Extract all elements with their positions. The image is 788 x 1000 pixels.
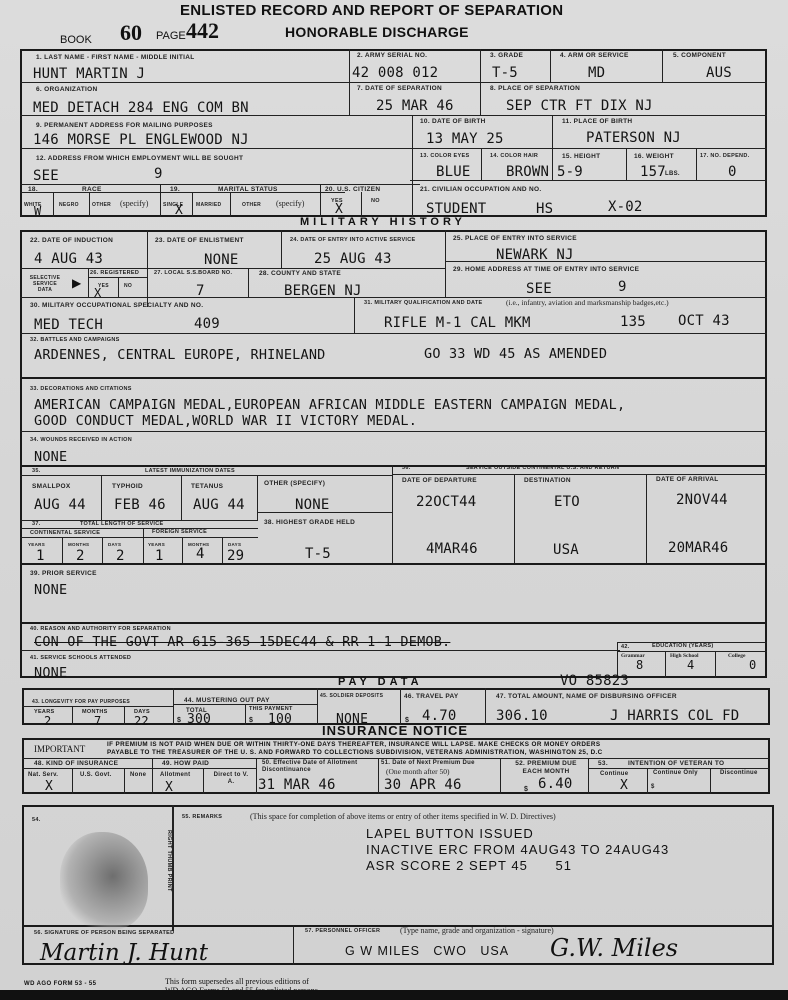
field-44-label: 44. MUSTERING OUT PAY — [184, 697, 270, 704]
insurance-notice-line1: IF PREMIUM IS NOT PAID WHEN DUE OR WITHI… — [107, 741, 600, 748]
field-12-value: SEE — [33, 168, 59, 184]
premium-currency: $ — [524, 786, 528, 793]
field-56-label: 56. SIGNATURE OF PERSON BEING SEPARATED — [34, 930, 174, 936]
field-31-date: OCT 43 — [678, 313, 730, 329]
field-12-label: 12. ADDRESS FROM WHICH EMPLOYMENT WILL B… — [36, 155, 243, 162]
destination-2: USA — [553, 542, 579, 558]
field-10-birth-date: 13 MAY 25 — [426, 131, 504, 147]
field-25-entry-place: NEWARK NJ — [496, 247, 574, 263]
other-immunization-value: NONE — [295, 497, 330, 513]
field-16-weight: 157 — [640, 164, 666, 180]
form-id: WD AGO FORM 53 - 55 — [24, 981, 96, 987]
field-19-label: 19. — [170, 186, 180, 193]
field-15-height: 5-9 — [557, 164, 583, 180]
field-50-label: 50. Effective Date of Allotment Disconti… — [262, 760, 362, 774]
insurance-notice-title: INSURANCE NOTICE — [322, 723, 468, 738]
field-43-label: 43. LONGEVITY FOR PAY PURPOSES — [32, 699, 130, 705]
continental-service-label: CONTINENTAL SERVICE — [30, 530, 100, 536]
foreign-years: 1 — [155, 548, 164, 564]
registered-mark: X — [94, 286, 101, 300]
field-16-unit: LBS. — [665, 171, 680, 177]
field-40-reason: CON OF THE GOVT AR 615-365 15DEC44 & RR … — [34, 634, 450, 650]
field-53-title: INTENTION OF VETERAN TO — [628, 760, 724, 767]
thumb-print-label: RIGHT THUMB PRINT — [166, 830, 172, 892]
intention-discontinue-option: Discontinue — [720, 770, 758, 776]
field-39-label: 39. PRIOR SERVICE — [30, 570, 97, 577]
how-paid-direct-option: Direct to V. A. — [213, 772, 249, 786]
selective-service-label: SELECTIVE SERVICE DATA — [28, 275, 62, 293]
intention-continue-only-currency: $ — [651, 784, 655, 790]
field-21-occupation: STUDENT — [426, 201, 486, 217]
field-28-label: 28. COUNTY AND STATE — [259, 270, 341, 277]
field-2-label: 2. ARMY SERIAL NO. — [357, 52, 427, 59]
field-1-label: 1. LAST NAME - FIRST NAME - MIDDLE INITI… — [36, 54, 194, 61]
field-24-label: 24. DATE OF ENTRY INTO ACTIVE SERVICE — [290, 237, 416, 243]
destination-1: ETO — [554, 494, 580, 510]
field-13-eyes: BLUE — [436, 164, 471, 180]
field-4-arm: MD — [588, 65, 605, 81]
departure-header: DATE OF DEPARTURE — [402, 477, 477, 484]
departure-1: 22OCT44 — [416, 494, 476, 510]
voucher-number: VO 85823 — [560, 673, 629, 689]
continental-months: 2 — [76, 548, 85, 564]
field-40-label: 40. REASON AND AUTHORITY FOR SEPARATION — [30, 626, 171, 632]
typhoid-label: TYPHOID — [112, 483, 143, 490]
field-21-code-a: HS — [536, 201, 553, 217]
field-27-label: 27. LOCAL S.S.BOARD NO. — [154, 270, 232, 276]
pay-data-title: PAY DATA — [338, 676, 423, 688]
continental-days-label: DAYS — [108, 542, 121, 547]
field-32-battles: ARDENNES, CENTRAL EUROPE, RHINELAND — [34, 347, 325, 363]
departure-2: 4MAR46 — [426, 541, 478, 557]
race-mark: W — [34, 204, 41, 218]
remark-line-1: LAPEL BUTTON ISSUED — [366, 826, 534, 841]
field-12-ref: 9 — [154, 166, 163, 182]
foreign-service-label: FOREIGN SERVICE — [152, 529, 207, 535]
grammar-years: 8 — [636, 658, 643, 672]
field-2-serial: 42 008 012 — [352, 65, 438, 81]
field-32-label: 32. BATTLES AND CAMPAIGNS — [30, 337, 120, 343]
smallpox-date: AUG 44 — [34, 497, 86, 513]
discharge-document: ENLISTED RECORD AND REPORT OF SEPARATION… — [0, 0, 788, 1000]
field-55-label: 55. REMARKS — [182, 814, 222, 820]
longevity-years: 2 — [44, 714, 51, 728]
field-9-address: 146 MORSE PL ENGLEWOOD NJ — [33, 132, 249, 148]
field-34-wounds: NONE — [34, 449, 67, 465]
scan-edge-shadow — [0, 990, 788, 1000]
tetanus-date: AUG 44 — [193, 497, 245, 513]
field-22-label: 22. DATE OF INDUCTION — [30, 237, 113, 244]
field-13-label: 13. COLOR EYES — [420, 153, 469, 159]
document-title: ENLISTED RECORD AND REPORT OF SEPARATION — [180, 2, 563, 19]
disbursing-officer: J HARRIS COL FD — [610, 708, 739, 724]
field-33-line2: GOOD CONDUCT MEDAL,WORLD WAR II VICTORY … — [34, 413, 417, 429]
total-amount: 306.10 — [496, 708, 548, 724]
longevity-days: 22 — [134, 714, 149, 728]
foreign-years-label: YEARS — [148, 542, 165, 547]
race-negro-option: NEGRO — [59, 202, 79, 208]
smallpox-label: SMALLPOX — [32, 483, 71, 490]
thumbprint-image — [60, 832, 148, 930]
field-38-label: 38. HIGHEST GRADE HELD — [264, 519, 355, 526]
remark-line-2: INACTIVE ERC FROM 4AUG43 TO 24AUG43 — [366, 842, 669, 857]
high-school-years: 4 — [687, 658, 694, 672]
military-history-title: MILITARY HISTORY — [300, 216, 466, 228]
field-53-label: 53. — [598, 760, 608, 767]
typhoid-date: FEB 46 — [114, 497, 166, 513]
field-1-name: HUNT MARTIN J — [33, 66, 145, 82]
citizen-mark: X — [335, 202, 343, 217]
field-49-label: 49. HOW PAID — [162, 760, 209, 767]
field-57-label: 57. PERSONNEL OFFICER — [305, 928, 380, 934]
field-18-title: RACE — [82, 186, 102, 193]
field-23-enlistment: NONE — [204, 252, 239, 268]
how-paid-allotment-option: Allotment — [160, 772, 190, 778]
arrival-2: 20MAR46 — [668, 540, 728, 556]
citizen-no-option: NO — [371, 198, 380, 204]
intention-continue-only-option: Continue Only — [653, 770, 698, 776]
field-7-label: 7. DATE OF SEPARATION — [357, 85, 442, 92]
field-55-note: (This space for completion of above item… — [250, 812, 556, 821]
tetanus-label: TETANUS — [191, 483, 223, 490]
how-paid-mark: X — [165, 780, 173, 795]
field-54-label: 54. — [32, 817, 41, 823]
field-23-label: 23. DATE OF ENLISTMENT — [155, 237, 244, 244]
field-18-label: 18. — [28, 186, 38, 193]
officer-signature: G.W. Miles — [550, 934, 678, 962]
field-9-label: 9. PERMANENT ADDRESS FOR MAILING PURPOSE… — [36, 122, 213, 129]
field-21-code-b: X-02 — [608, 199, 643, 215]
field-19-title: MARITAL STATUS — [218, 186, 278, 193]
remark-line-3: ASR SCORE 2 SEPT 45 51 — [366, 858, 572, 873]
field-41-schools: NONE — [34, 665, 67, 681]
field-11-birth-place: PATERSON NJ — [586, 130, 681, 146]
field-31-label: 31. MILITARY QUALIFICATION AND DATE — [364, 300, 482, 306]
field-51-label: 51. Date of Next Premium Due — [381, 760, 475, 766]
mustering-total: 300 — [187, 712, 211, 727]
continental-years-label: YEARS — [28, 542, 45, 547]
longevity-months: 7 — [94, 714, 101, 728]
insurance-notice-line2: PAYABLE TO THE TREASURER OF THE U. S. AN… — [107, 749, 603, 756]
continental-months-label: MONTHS — [68, 542, 89, 547]
field-30-label: 30. MILITARY OCCUPATIONAL SPECIALTY AND … — [30, 302, 203, 309]
book-label: BOOK — [60, 34, 92, 46]
field-5-component: AUS — [706, 65, 732, 81]
continental-days: 2 — [116, 548, 125, 564]
field-42-label: 42. — [621, 644, 630, 650]
next-premium-date: 30 APR 46 — [384, 777, 462, 793]
field-14-hair: BROWN — [506, 164, 549, 180]
field-17-label: 17. NO. DEPEND. — [700, 153, 749, 159]
continental-years: 1 — [36, 548, 45, 564]
field-26-label: 26. REGISTERED — [90, 270, 139, 276]
field-52-label: 52. PREMIUM DUE EACH MONTH — [506, 760, 586, 776]
race-other-option: OTHER — [92, 202, 111, 208]
field-35-title: LATEST IMMUNIZATION DATES — [145, 468, 235, 474]
field-51-note: (One month after 50) — [386, 767, 450, 776]
field-11-label: 11. PLACE OF BIRTH — [562, 118, 632, 125]
insurance-kind-mark: X — [45, 779, 53, 794]
field-10-label: 10. DATE OF BIRTH — [420, 118, 486, 125]
arrival-1: 2NOV44 — [676, 492, 728, 508]
field-22-induction: 4 AUG 43 — [34, 251, 103, 267]
mustering-total-currency: $ — [177, 717, 181, 724]
supersedes-line-1: This form supersedes all previous editio… — [165, 977, 309, 986]
foreign-days: 29 — [227, 548, 244, 564]
important-label: IMPORTANT — [34, 744, 85, 754]
field-21-label: 21. CIVILIAN OCCUPATION AND NO. — [420, 186, 542, 193]
field-5-label: 5. COMPONENT — [673, 52, 726, 59]
other-immunization-label: OTHER (specify) — [264, 480, 325, 487]
field-45-label: 45. SOLDIER DEPOSITS — [320, 693, 383, 699]
intention-continue-option: Continue — [600, 771, 628, 777]
field-16-label: 16. WEIGHT — [634, 153, 674, 160]
field-47-label: 47. TOTAL AMOUNT, NAME OF DISBURSING OFF… — [496, 693, 677, 700]
personnel-officer-name: G W MILES CWO USA — [345, 944, 509, 958]
field-31-qualification: RIFLE M-1 CAL MKM — [384, 315, 531, 331]
field-37-label: 37. — [32, 521, 41, 527]
field-36-title: SERVICE OUTSIDE CONTINENTAL U.S. AND RET… — [466, 465, 619, 471]
field-48-label: 48. KIND OF INSURANCE — [34, 760, 118, 767]
field-29-label: 29. HOME ADDRESS AT TIME OF ENTRY INTO S… — [453, 266, 639, 273]
insurance-us-govt-option: U.S. Govt. — [80, 772, 112, 778]
document-subtitle: HONORABLE DISCHARGE — [285, 24, 469, 40]
field-27-board: 7 — [196, 283, 205, 299]
field-24-entry-date: 25 AUG 43 — [314, 251, 392, 267]
field-25-label: 25. PLACE OF ENTRY INTO SERVICE — [453, 235, 577, 242]
field-35-label: 35. — [32, 468, 41, 474]
field-46-label: 46. TRAVEL PAY — [404, 693, 459, 700]
field-33-label: 33. DECORATIONS AND CITATIONS — [30, 386, 132, 392]
field-4-label: 4. ARM OR SERVICE — [560, 52, 629, 59]
arrival-header: DATE OF ARRIVAL — [656, 476, 719, 483]
field-3-label: 3. GRADE — [490, 52, 523, 59]
marital-specify: (specify) — [276, 199, 304, 208]
field-38-grade: T-5 — [305, 546, 331, 562]
college-years: 0 — [749, 658, 756, 672]
field-7-date-separation: 25 MAR 46 — [376, 98, 454, 114]
field-6-organization: MED DETACH 284 ENG COM BN — [33, 100, 249, 116]
field-29-ref: 9 — [618, 279, 627, 295]
field-14-label: 14. COLOR HAIR — [490, 153, 538, 159]
mustering-this-payment-currency: $ — [249, 717, 253, 724]
field-34-label: 34. WOUNDS RECEIVED IN ACTION — [30, 437, 132, 443]
premium-amount: 6.40 — [538, 776, 573, 792]
registered-no-option: NO — [124, 283, 132, 289]
foreign-days-label: DAYS — [228, 542, 241, 547]
intention-mark: X — [620, 778, 628, 793]
page-number: 442 — [186, 18, 219, 44]
field-41-label: 41. SERVICE SCHOOLS ATTENDED — [30, 655, 131, 661]
field-31-note: (i.e., infantry, aviation and marksmansh… — [506, 298, 669, 307]
page-label: PAGE — [156, 30, 186, 42]
insurance-none-option: None — [130, 772, 146, 778]
field-8-label: 8. PLACE OF SEPARATION — [490, 85, 580, 92]
mustering-this-payment: 100 — [268, 712, 292, 727]
marital-other-option: OTHER — [242, 202, 261, 208]
field-30-number: 409 — [194, 316, 220, 332]
book-number: 60 — [120, 20, 142, 46]
allotment-discontinuance-date: 31 MAR 46 — [258, 777, 336, 793]
field-28-county: BERGEN NJ — [284, 283, 362, 299]
destination-header: DESTINATION — [524, 477, 571, 484]
field-8-place-separation: SEP CTR FT DIX NJ — [506, 98, 653, 114]
field-20-label: 20. U.S. CITIZEN — [325, 186, 380, 193]
field-29-home: SEE — [526, 281, 552, 297]
field-37-title: TOTAL LENGTH OF SERVICE — [80, 521, 164, 527]
field-6-label: 6. ORGANIZATION — [36, 86, 97, 93]
field-36-label: 36. — [402, 465, 411, 471]
marital-mark: X — [175, 203, 183, 218]
field-17-dependents: 0 — [728, 164, 737, 180]
field-31-number: 135 — [620, 314, 646, 330]
field-32-authority: GO 33 WD 45 AS AMENDED — [424, 346, 607, 362]
foreign-months: 4 — [196, 546, 205, 562]
field-57-note: (Type name, grade and organization - sig… — [400, 926, 554, 935]
insurance-nat-serv-option: Nat. Serv. — [28, 772, 58, 778]
selective-arrow-icon: ▶ — [72, 276, 81, 290]
college-label: College — [728, 653, 745, 659]
field-42-title: EDUCATION (Years) — [652, 643, 714, 649]
veteran-signature: Martin J. Hunt — [40, 940, 208, 966]
marital-married-option: MARRIED — [196, 202, 221, 208]
field-39-prior: NONE — [34, 582, 67, 598]
travel-pay: 4.70 — [422, 708, 457, 724]
field-15-label: 15. HEIGHT — [562, 153, 600, 160]
field-30-specialty: MED TECH — [34, 317, 103, 333]
field-33-line1: AMERICAN CAMPAIGN MEDAL,EUROPEAN AFRICAN… — [34, 397, 625, 413]
race-specify: (specify) — [120, 199, 148, 208]
field-3-grade: T-5 — [492, 65, 518, 81]
